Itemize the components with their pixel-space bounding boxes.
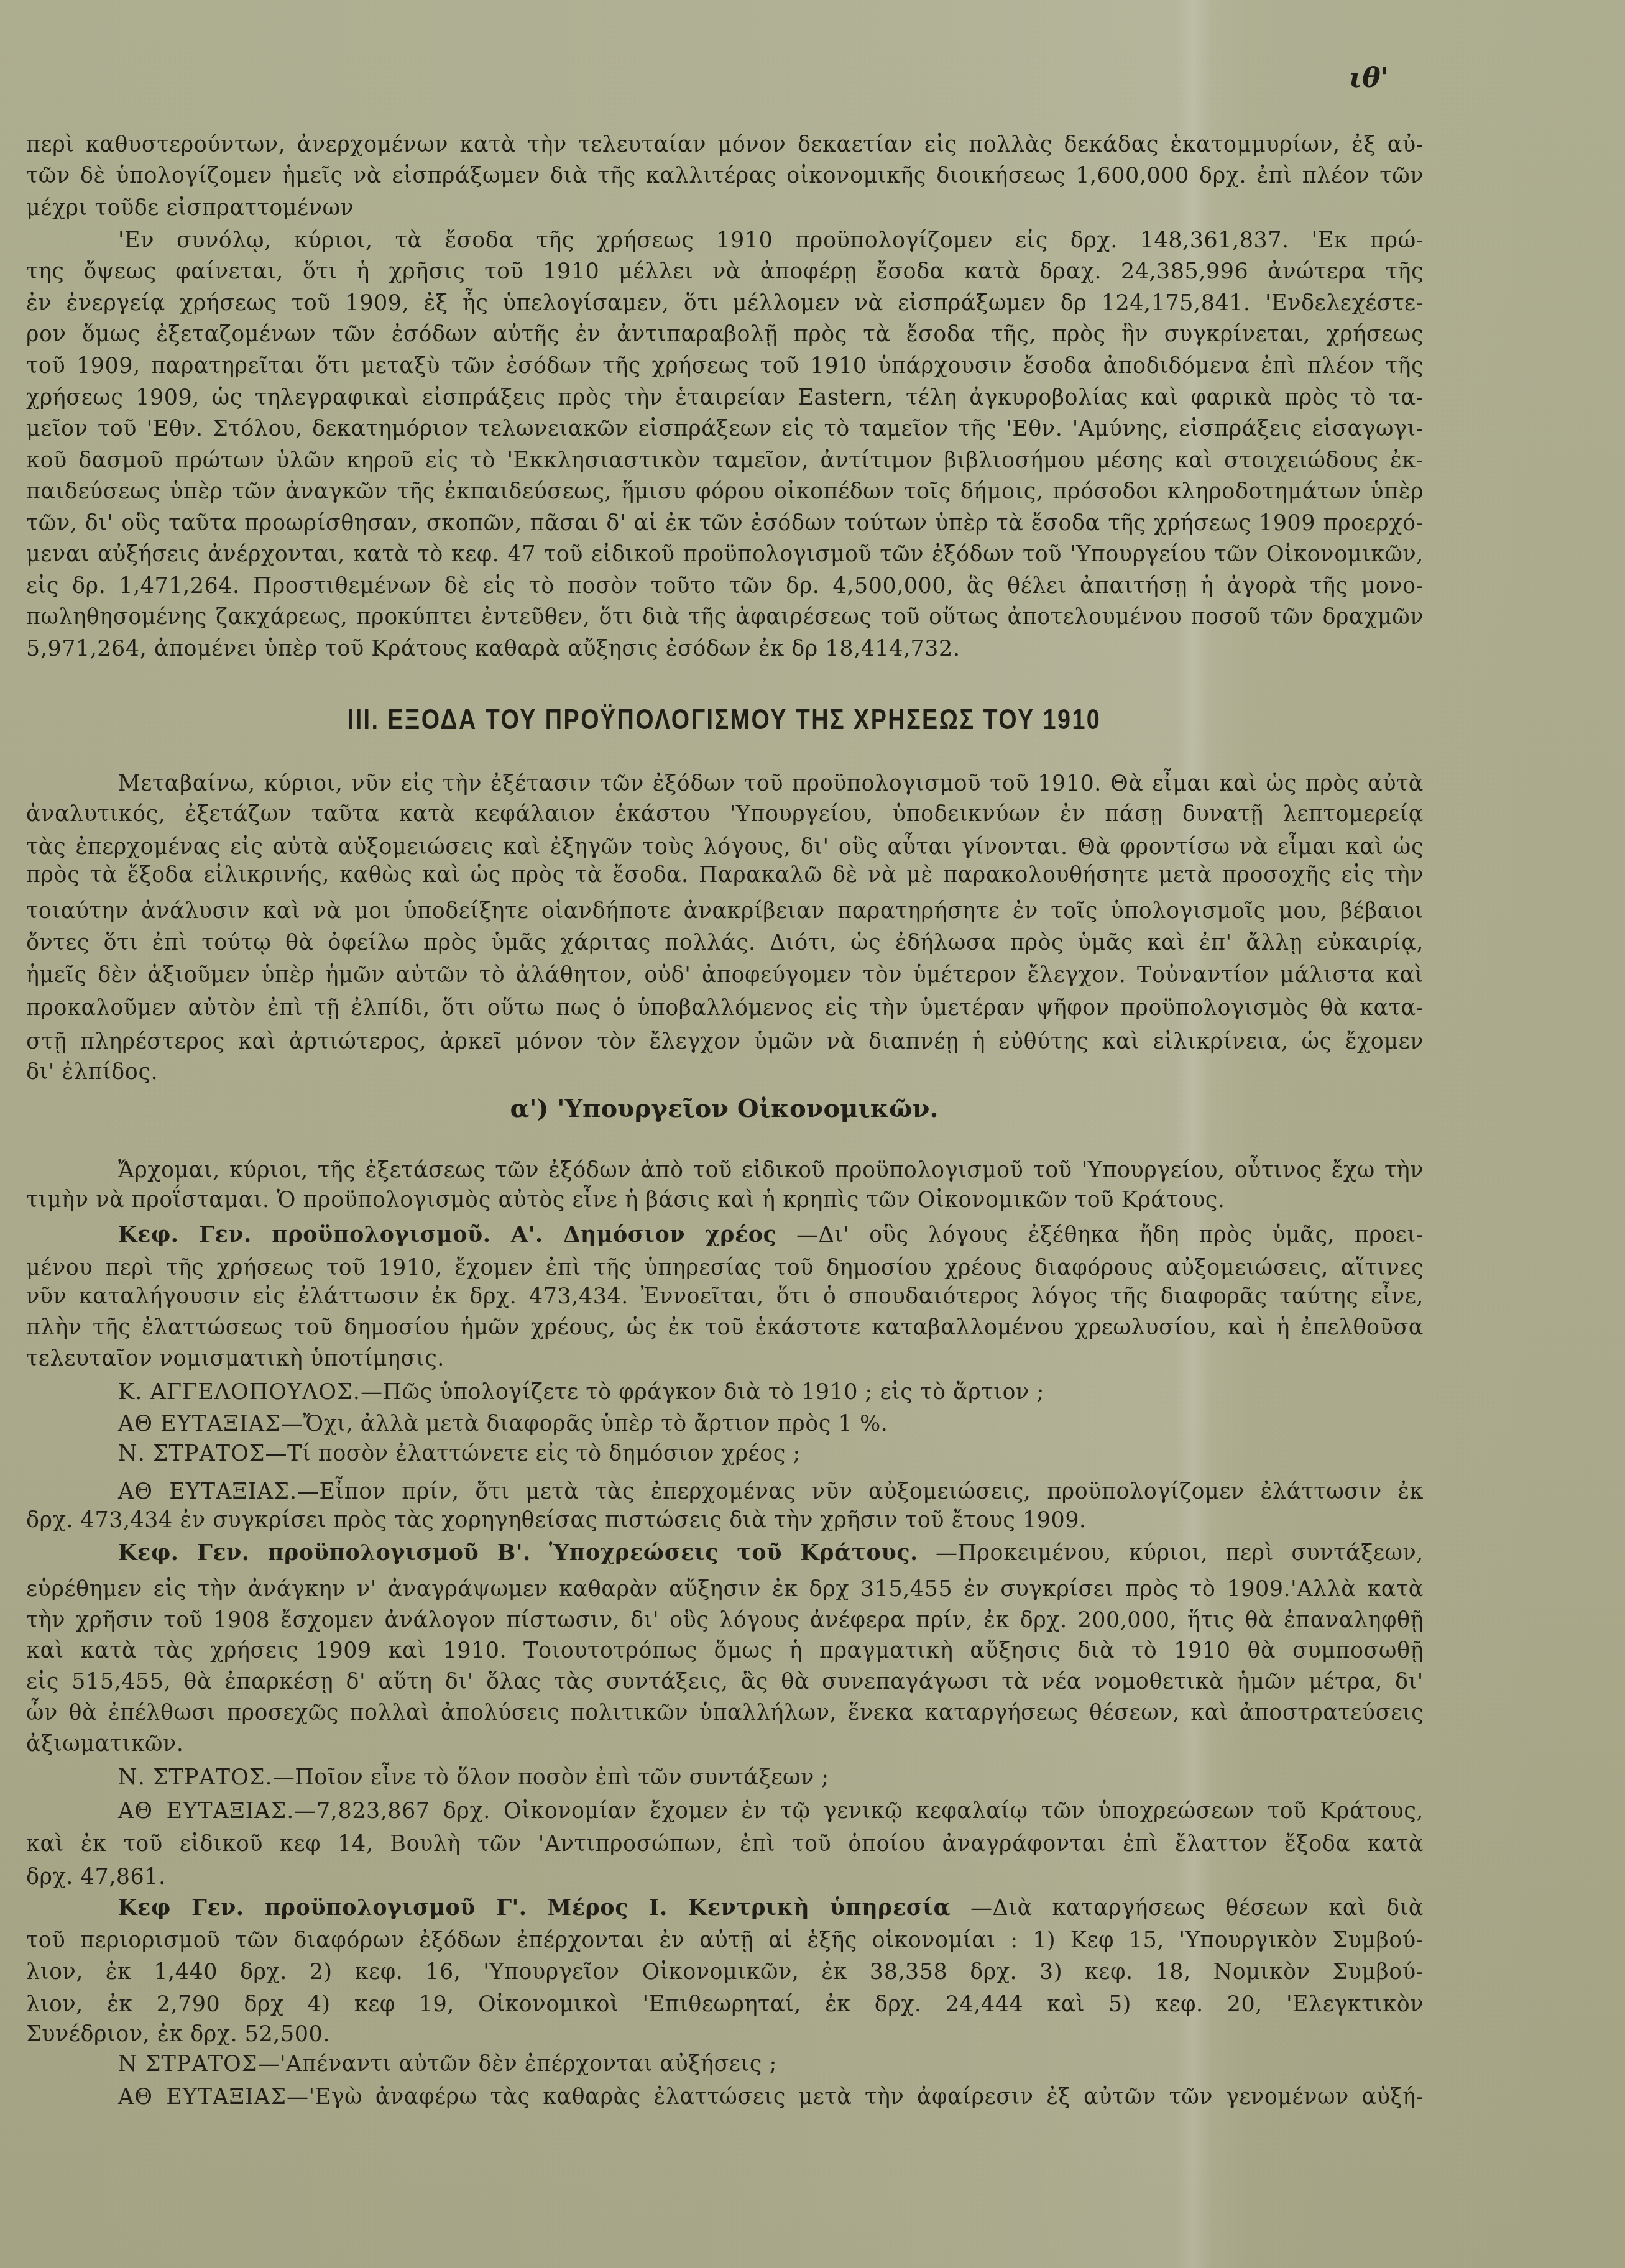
text-line: μένου περὶ τῆς χρήσεως τοῦ 1910, ἔχομεν … — [26, 1254, 1424, 1282]
page-number: ιθ' — [1349, 62, 1389, 94]
text-line: μέχρι τοῦδε εἰσπραττομένων — [26, 194, 1424, 223]
subheading-ministry-of-finance: α') 'Υπουργεῖον Οἰκονομικῶν. — [0, 1094, 1448, 1123]
text-line: τιμὴν νὰ προΐσταμαι. Ὁ προϋπολογισμὸς αὐ… — [26, 1186, 1424, 1214]
text-line: λιον, ἐκ 1,440 δρχ. 2) κεφ. 16, 'Υπουργε… — [26, 1958, 1424, 1986]
speaker-name: ΑΘ ΕΥΤΑΞΙΑΣ. — [118, 1479, 297, 1504]
text-line: τοιαύτην ἀνάλυσιν καὶ νὰ μοι ὑποδείξητε … — [26, 897, 1424, 925]
dialogue-line: ΑΘ ΕΥΤΑΞΙΑΣ.—7,823,867 δρχ. Οἰκονομίαν ἔ… — [118, 1797, 1424, 1825]
text-line: ἐν ἐνεργείᾳ χρήσεως τοῦ 1909, ἐξ ἧς ὑπελ… — [26, 289, 1424, 318]
speaker-name: ΑΘ ΕΥΤΑΞΙΑΣ. — [118, 1799, 295, 1824]
chapter-text: —Προκειμένου, κύριοι, περὶ συντάξεων, — [936, 1541, 1424, 1566]
text-line: δρχ. 47,861. — [26, 1863, 1424, 1891]
text-line: τὰς ἐπερχομένας εἰς αὐτὰ αὐξομειώσεις κα… — [26, 833, 1424, 861]
dialogue-line: ΑΘ ΕΥΤΑΞΙΑΣ—'Εγὼ ἀναφέρω τὰς καθαρὰς ἐλα… — [118, 2083, 1424, 2111]
text-line: μεῖον τοῦ 'Εθν. Στόλου, δεκατημόριον τελ… — [26, 415, 1424, 443]
text-line: εἰς δρ. 1,471,264. Προστιθεμένων δὲ εἰς … — [26, 572, 1424, 600]
text-line: της ὄψεως φαίνεται, ὅτι ἡ χρῆσις τοῦ 191… — [26, 257, 1424, 286]
text-line: τῶν δὲ ὑπολογίζομεν ἡμεῖς νὰ εἰσπράξωμεν… — [26, 162, 1424, 190]
speech-text: —Εἶπον πρίν, ὅτι μετὰ τὰς ἐπερχομένας νῦ… — [297, 1479, 1424, 1504]
text-line: χρήσεως 1909, ὡς τηλεγραφικαὶ εἰσπράξεις… — [26, 383, 1424, 412]
speaker-name: ΑΘ ΕΥΤΑΞΙΑΣ — [118, 1412, 281, 1436]
text-line: τῶν, δι' οὓς ταῦτα προωρίσθησαν, σκοπῶν,… — [26, 509, 1424, 538]
text-line: Συνέδριον, ἐκ δρχ. 52,500. — [26, 2020, 1424, 2049]
text-line: Κεφ. Γεν. προϋπολογισμοῦ. Α'. Δημόσιον χ… — [118, 1221, 1424, 1249]
speech-text: —Ὄχι, ἀλλὰ μετὰ διαφορᾶς ὑπὲρ τὸ ἄρτιον … — [281, 1412, 888, 1436]
dialogue-line: ΑΘ ΕΥΤΑΞΙΑΣ.—Εἶπον πρίν, ὅτι μετὰ τὰς ἐπ… — [118, 1477, 1424, 1506]
chapter-title: Κεφ. Γεν. προϋπολογισμοῦ. Α'. Δημόσιον χ… — [118, 1222, 776, 1247]
text-line: νῦν καταλήγουσιν εἰς ἐλάττωσιν ἐκ δρχ. 4… — [26, 1282, 1424, 1311]
dialogue-line: Κ. ΑΓΓΕΛΟΠΟΥΛΟΣ.—Πῶς ὑπολογίζετε τὸ φράγ… — [118, 1378, 1424, 1407]
text-line: Ἄρχομαι, κύριοι, τῆς ἐξετάσεως τῶν ἐξόδω… — [118, 1156, 1424, 1185]
dialogue-line: ΑΘ ΕΥΤΑΞΙΑΣ—Ὄχι, ἀλλὰ μετὰ διαφορᾶς ὑπὲρ… — [118, 1410, 1424, 1438]
text-line: περὶ καθυστερούντων, ἀνερχομένων κατὰ τὴ… — [26, 131, 1424, 159]
speech-text: —Τί ποσὸν ἐλαττώνετε εἰς τὸ δημόσιον χρέ… — [265, 1441, 801, 1466]
text-line: δι' ἐλπίδος. — [26, 1058, 1424, 1086]
chapter-title: Κεφ. Γεν. προϋπολογισμοῦ Β'. Ὑποχρεώσεις… — [118, 1540, 918, 1566]
text-line: προκαλοῦμεν αὐτὸν ἐπὶ τῇ ἐλπίδι, ὅτι οὕτ… — [26, 994, 1424, 1022]
text-line: τὴν χρῆσιν τοῦ 1908 ἔσχομεν ἀνάλογον πίσ… — [26, 1606, 1424, 1635]
text-line: καὶ ἐκ τοῦ εἰδικοῦ κεφ 14, Βουλὴ τῶν 'Αν… — [26, 1830, 1424, 1858]
dialogue-line: Ν ΣΤΡΑΤΟΣ—'Απέναντι αὐτῶν δὲν ἐπέρχονται… — [118, 2050, 1424, 2078]
text-line: δρχ. 473,434 ἐν συγκρίσει πρὸς τὰς χορηγ… — [26, 1506, 1424, 1535]
text-line: εἰς 515,455, θὰ ἐπαρκέσῃ δ' αὕτη δι' ὅλα… — [26, 1668, 1424, 1696]
text-line: λιον, ἐκ 2,790 δρχ 4) κεφ 19, Οἰκονομικο… — [26, 1990, 1424, 2019]
text-line: πλὴν τῆς ἐλαττώσεως τοῦ δημοσίου ἡμῶν χρ… — [26, 1313, 1424, 1342]
speaker-name: Ν. ΣΤΡΑΤΟΣ — [118, 1441, 265, 1466]
speaker-name: Ν ΣΤΡΑΤΟΣ — [118, 2052, 257, 2077]
text-line: στῇ πληρέστερος καὶ ἀρτιώτερος, ἀρκεῖ μό… — [26, 1027, 1424, 1056]
speech-text: —Πῶς ὑπολογίζετε τὸ φράγκον διὰ τὸ 1910 … — [361, 1380, 1044, 1405]
text-line: ρον ὅμως ἐξεταζομένων τῶν ἐσόδων αὐτῆς ἐ… — [26, 320, 1424, 349]
text-line: μεναι αὐξήσεις ἀνέρχονται, κατὰ τὸ κεφ. … — [26, 540, 1424, 569]
dialogue-line: Ν. ΣΤΡΑΤΟΣ.—Ποῖον εἶνε τὸ ὅλον ποσὸν ἐπὶ… — [118, 1763, 1424, 1792]
speaker-name: ΑΘ ΕΥΤΑΞΙΑΣ — [118, 2085, 287, 2110]
text-line: πρὸς τὰ ἔξοδα εἰλικρινής, καθὼς καὶ ὡς π… — [26, 861, 1424, 889]
chapter-text: —Δι' οὓς λόγους ἐξέθηκα ἤδη πρὸς ὑμᾶς, π… — [796, 1223, 1424, 1247]
text-line: κοῦ δασμοῦ πρώτων ὑλῶν κηροῦ εἰς τὸ 'Εκκ… — [26, 446, 1424, 475]
text-line: Κεφ. Γεν. προϋπολογισμοῦ Β'. Ὑποχρεώσεις… — [118, 1539, 1424, 1568]
text-line: ἡμεῖς δὲν ἀξιοῦμεν ὑπὲρ ἡμῶν αὐτῶν τὸ ἀλ… — [26, 961, 1424, 989]
speech-text: —'Εγὼ ἀναφέρω τὰς καθαρὰς ἐλαττώσεις μετ… — [287, 2085, 1424, 2110]
text-line: ἀξιωματικῶν. — [26, 1730, 1424, 1758]
text-line: ἀναλυτικός, ἐξετάζων ταῦτα κατὰ κεφάλαιο… — [26, 800, 1424, 829]
text-line: 5,971,264, ἀπομένει ὑπὲρ τοῦ Κράτους καθ… — [26, 635, 1424, 663]
speech-text: —Ποῖον εἶνε τὸ ὅλον ποσὸν ἐπὶ τῶν συντάξ… — [273, 1765, 829, 1790]
text-line: τελευταῖον νομισματικὴ ὑποτίμησις. — [26, 1344, 1424, 1373]
text-line: παιδεύσεως ὑπὲρ τῶν ἀναγκῶν τῆς ἐκπαιδεύ… — [26, 477, 1424, 506]
text-line: τοῦ περιορισμοῦ τῶν διαφόρων ἐξόδων ἐπέρ… — [26, 1926, 1424, 1955]
text-line: ὄντες ὅτι ἐπὶ τούτῳ θὰ ὀφείλω πρὸς ὑμᾶς … — [26, 929, 1424, 957]
speech-text: —7,823,867 δρχ. Οἰκονομίαν ἔχομεν ἐν τῷ … — [295, 1799, 1424, 1824]
chapter-title: Κεφ Γεν. προϋπολογισμοῦ Γ'. Μέρος Ι. Κεν… — [118, 1895, 951, 1921]
speaker-name: Ν. ΣΤΡΑΤΟΣ. — [118, 1765, 273, 1790]
speech-text: —'Απέναντι αὐτῶν δὲν ἐπέρχονται αὐξήσεις… — [257, 2052, 776, 2077]
dialogue-line: Ν. ΣΤΡΑΤΟΣ—Τί ποσὸν ἐλαττώνετε εἰς τὸ δη… — [118, 1439, 1424, 1468]
text-line: 'Εν συνόλῳ, κύριοι, τὰ ἔσοδα τῆς χρήσεως… — [118, 226, 1424, 255]
text-line: πωληθησομένης ζακχάρεως, προκύπτει ἐντεῦ… — [26, 603, 1424, 631]
speaker-name: Κ. ΑΓΓΕΛΟΠΟΥΛΟΣ. — [118, 1380, 361, 1405]
text-line: τοῦ 1909, παρατηρεῖται ὅτι μεταξὺ τῶν ἐσ… — [26, 352, 1424, 380]
text-line: εὑρέθημεν εἰς τὴν ἀνάγκην ν' ἀναγράψωμεν… — [26, 1575, 1424, 1604]
text-line: καὶ κατὰ τὰς χρήσεις 1909 καὶ 1910. Τοιο… — [26, 1637, 1424, 1665]
chapter-text: —Διὰ καταργήσεως θέσεων καὶ διὰ — [970, 1896, 1424, 1921]
text-line: Μεταβαίνω, κύριοι, νῦν εἰς τὴν ἐξέτασιν … — [118, 769, 1424, 798]
section-heading-expenses: III. ΕΞΟΔΑ ΤΟΥ ΠΡΟΫΠΟΛΟΓΙΣΜΟΥ ΤΗΣ ΧΡΗΣΕΩ… — [131, 702, 1319, 736]
text-line: Κεφ Γεν. προϋπολογισμοῦ Γ'. Μέρος Ι. Κεν… — [118, 1894, 1424, 1922]
text-line: ὧν θὰ ἐπέλθωσι προσεχῶς πολλαὶ ἀπολύσεις… — [26, 1699, 1424, 1727]
